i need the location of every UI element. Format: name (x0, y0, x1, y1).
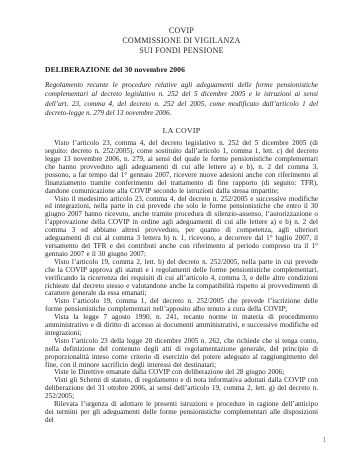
paragraph: Visto il medesimo articolo 23, comma 4, … (45, 196, 318, 259)
org-name-line: SUI FONDI PENSIONE (45, 46, 318, 56)
paragraph: Visto l’articolo 23 della legge 28 dicem… (45, 338, 318, 370)
org-name-line: COMMISSIONE DI VIGILANZA (45, 36, 318, 46)
paragraph: Visto l’articolo 23, comma 4, del decret… (45, 140, 318, 195)
paragraph: Vista la legge 7 agosto 1990, n. 241, re… (45, 314, 318, 338)
document-page: COVIP COMMISSIONE DI VIGILANZA SUI FONDI… (0, 0, 360, 466)
document-subject: Regolamento recante le procedure relativ… (45, 81, 318, 118)
page-number: 1 (323, 436, 327, 444)
paragraph: Visto l’articolo 19, comma 1, del decret… (45, 298, 318, 314)
document-content: COVIP COMMISSIONE DI VIGILANZA SUI FONDI… (0, 0, 360, 425)
org-header: COVIP COMMISSIONE DI VIGILANZA SUI FONDI… (45, 26, 318, 56)
paragraph: Visto l’articolo 19, comma 2, lett. b) d… (45, 259, 318, 299)
paragraph: Visti gli Schemi di statuto, di regolame… (45, 377, 318, 401)
salutation: LA COVIP (45, 126, 318, 135)
document-title: DELIBERAZIONE del 30 novembre 2006 (45, 65, 318, 74)
org-name-line: COVIP (45, 26, 318, 36)
document-body: Visto l’articolo 23, comma 4, del decret… (45, 140, 318, 425)
paragraph: Rilevata l’urgenza di adottare le presen… (45, 401, 318, 425)
